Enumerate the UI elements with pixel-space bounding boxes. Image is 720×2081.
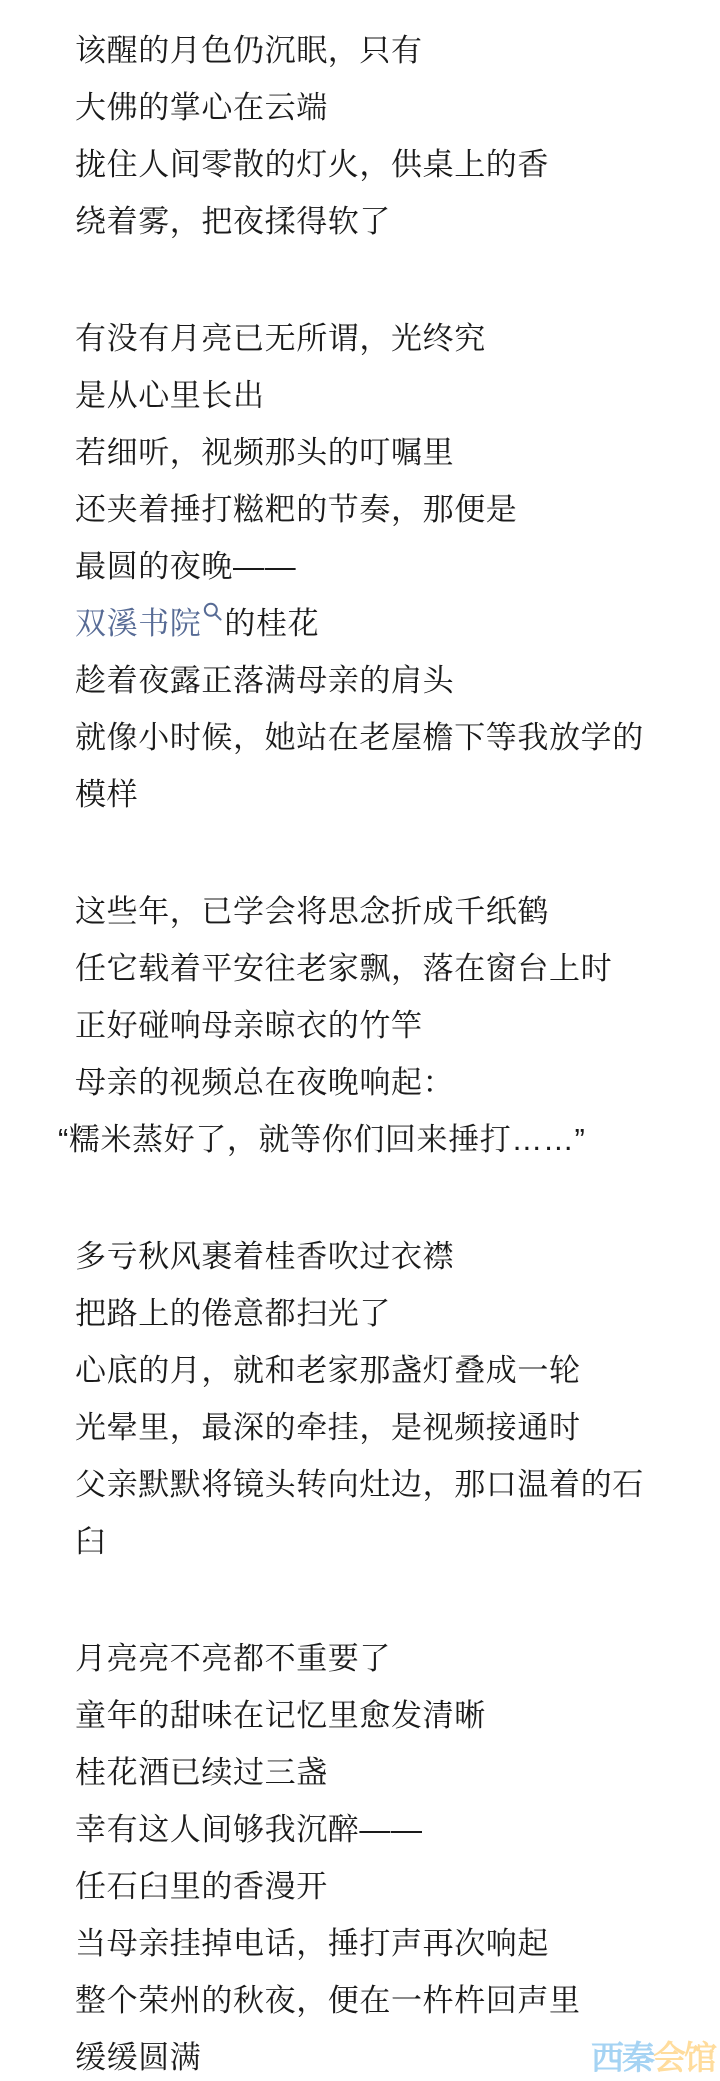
poem-line: 绕着雾，把夜揉得软了 xyxy=(75,193,690,250)
poem-line: 大佛的掌心在云端 xyxy=(75,79,690,136)
poem-line: 母亲的视频总在夜晚响起： xyxy=(75,1054,690,1111)
poem-line: 把路上的倦意都扫光了 xyxy=(75,1285,690,1342)
poem-line: 模样 xyxy=(75,766,690,823)
poem-line: 还夹着捶打糍粑的节奏，那便是 xyxy=(75,481,690,538)
poem-line: 多亏秋风裹着桂香吹过衣襟 xyxy=(75,1228,690,1285)
poem-line: 整个荣州的秋夜，便在一杵杵回声里 xyxy=(75,1972,690,2029)
poem-line: 心底的月，就和老家那盏灯叠成一轮 xyxy=(75,1342,690,1399)
search-icon[interactable] xyxy=(202,601,223,622)
stanza-2: 有没有月亮已无所谓，光终究 是从心里长出 若细听，视频那头的叮嘱里 还夹着捶打糍… xyxy=(75,310,690,823)
poem-line: 正好碰响母亲晾衣的竹竿 xyxy=(75,997,690,1054)
watermark: 西秦会馆 xyxy=(591,2041,715,2074)
poem-line: 该醒的月色仍沉眠，只有 xyxy=(75,22,690,79)
poem-line: 若细听，视频那头的叮嘱里 xyxy=(75,424,690,481)
poem-line: 桂花酒已续过三盏 xyxy=(75,1744,690,1801)
poem-line: “糯米蒸好了，就等你们回来捶打……” xyxy=(58,1111,690,1168)
poem-line: 任石臼里的香漫开 xyxy=(75,1858,690,1915)
watermark-part1: 西秦 xyxy=(591,2039,653,2076)
poem-line: 光晕里，最深的牵挂，是视频接通时 xyxy=(75,1399,690,1456)
poem-line: 父亲默默将镜头转向灶边，那口温着的石 xyxy=(75,1456,690,1513)
shuangxi-academy-link[interactable]: 双溪书院 xyxy=(75,606,201,641)
poem-line: 这些年，已学会将思念折成千纸鹤 xyxy=(75,883,690,940)
poem-line: 最圆的夜晚—— xyxy=(75,538,690,595)
stanza-1: 该醒的月色仍沉眠，只有 大佛的掌心在云端 拢住人间零散的灯火，供桌上的香 绕着雾… xyxy=(75,22,690,250)
stanza-3: 这些年，已学会将思念折成千纸鹤 任它载着平安往老家飘，落在窗台上时 正好碰响母亲… xyxy=(75,883,690,1168)
poem-line: 拢住人间零散的灯火，供桌上的香 xyxy=(75,136,690,193)
poem-body: 该醒的月色仍沉眠，只有 大佛的掌心在云端 拢住人间零散的灯火，供桌上的香 绕着雾… xyxy=(0,0,720,2081)
poem-line-suffix: 的桂花 xyxy=(224,606,319,641)
poem-line-with-link: 双溪书院的桂花 xyxy=(75,595,690,652)
poem-line: 趁着夜露正落满母亲的肩头 xyxy=(75,652,690,709)
stanza-4: 多亏秋风裹着桂香吹过衣襟 把路上的倦意都扫光了 心底的月，就和老家那盏灯叠成一轮… xyxy=(75,1228,690,1570)
watermark-part2: 会馆 xyxy=(653,2039,715,2076)
poem-line: 当母亲挂掉电话，捶打声再次响起 xyxy=(75,1915,690,1972)
poem-line: 童年的甜味在记忆里愈发清晰 xyxy=(75,1687,690,1744)
poem-line: 臼 xyxy=(75,1513,690,1570)
poem-line: 有没有月亮已无所谓，光终究 xyxy=(75,310,690,367)
poem-line: 就像小时候，她站在老屋檐下等我放学的 xyxy=(75,709,690,766)
poem-line: 月亮亮不亮都不重要了 xyxy=(75,1630,690,1687)
poem-line: 幸有这人间够我沉醉—— xyxy=(75,1801,690,1858)
poem-line: 任它载着平安往老家飘，落在窗台上时 xyxy=(75,940,690,997)
poem-line: 是从心里长出 xyxy=(75,367,690,424)
stanza-5: 月亮亮不亮都不重要了 童年的甜味在记忆里愈发清晰 桂花酒已续过三盏 幸有这人间够… xyxy=(75,1630,690,2081)
